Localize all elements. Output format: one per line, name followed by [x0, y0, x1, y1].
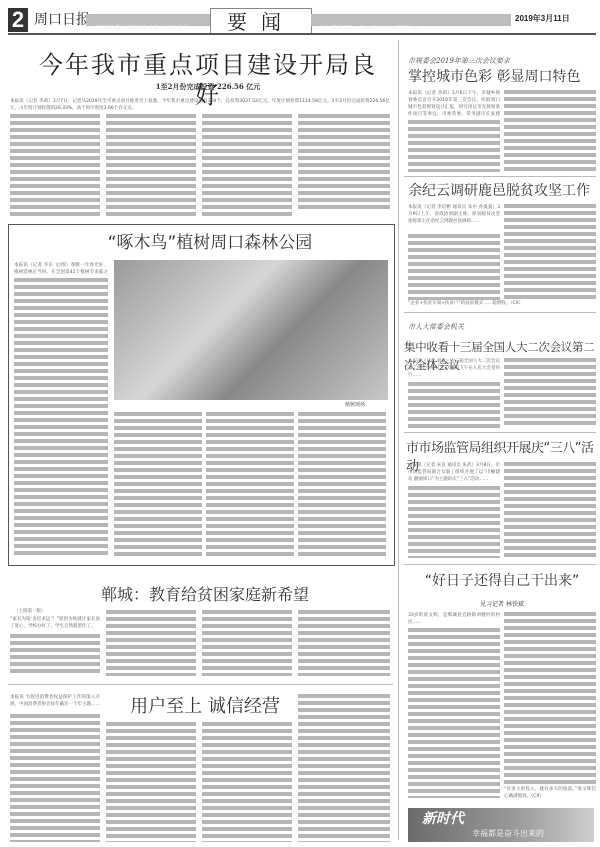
story5-tail: “有多大的投入，就有多大的收获。”庞文辉信心满满地说。（CX） [504, 786, 596, 800]
education-headline: 郸城：教育给贫困家庭新希望 [90, 584, 320, 606]
banner-slogan: 幸福都是奋斗出来的 [472, 828, 544, 840]
user-first-col-4 [298, 694, 390, 842]
divider [404, 176, 596, 177]
lead-col-4 [298, 114, 390, 212]
divider [404, 312, 596, 313]
user-first-intro: 本报讯 为促进消费者权益保护工作的深入开展，中国消费者协会每年确定一个年主题…… [10, 694, 100, 712]
lead-body-intro: 本报讯（记者 李莉）3月7日，记者从2019年全市重点项目推进会上获悉，今年我市… [10, 98, 390, 112]
photo-story-col-3 [206, 412, 294, 558]
banner-title: 新时代 [422, 810, 464, 828]
story1-kicker: 市规委会2019年第三次会议要求 [408, 56, 510, 66]
story1-intro: 本报讯（记者 李莉）3月6日下午，市城乡规划委员会召开2019年第三次会议，听取… [408, 90, 500, 118]
lead-col-1 [10, 114, 100, 218]
story1-headline: 掌控城市色彩 彰显周口特色 [408, 68, 598, 86]
lead-subhead: 1至2月份完成投资 226.56 亿元 [28, 82, 388, 92]
education-col-2 [106, 610, 196, 676]
editors-bar: 责任编辑 魏乐 组版编辑 李燕 见习校 发军 [86, 14, 210, 26]
header-rule [8, 33, 596, 35]
story5-col-1 [408, 628, 500, 798]
story3-col-1 [408, 382, 500, 428]
page-header: 2 周口日报 责任编辑 魏乐 组版编辑 李燕 见习校 发军 要闻 电话 8199… [0, 0, 600, 36]
story4-col-1 [408, 486, 500, 558]
photo-story-intro: 本报讯（记者 李东 文/图）春暖一年春光好，植树造林正当时。在全国第41个植树节… [14, 262, 108, 276]
lead-col-2 [106, 114, 196, 218]
photo-story-headline: “啄木鸟”植树周口森林公园 [60, 232, 360, 254]
phone: 电话 8199100 [311, 25, 353, 31]
photo-story-col-1 [14, 278, 108, 558]
divider [8, 684, 393, 685]
editors-line: 责任编辑 魏乐 组版编辑 李燕 见习校 发军 [86, 25, 187, 31]
story1-col-1 [408, 120, 500, 172]
user-first-headline: 用户至上 诚信经营 [110, 696, 300, 718]
photo-story-col-4 [298, 412, 386, 558]
story4-intro: 本报讯（记者 朱良 通讯员 朱武）3月8日，市市场监管局联合女职工组织开展了以“… [408, 462, 500, 484]
story3-intro: 本报讯（记者 刘勇）十三届全国人大二次会议第二次全体会议于3月8日下午在人民大会… [408, 358, 500, 380]
issue-date: 2019年3月11日 [515, 12, 570, 26]
email: E-mail:zkrbzg@126.com [353, 25, 422, 31]
photo-story-col-2 [114, 412, 202, 558]
contact-bar: 电话 8199100E-mail:zkrbzg@126.com [311, 14, 511, 26]
user-first-col-1 [10, 714, 100, 842]
divider [404, 432, 596, 433]
education-col-3 [202, 610, 292, 676]
user-first-col-2 [106, 722, 196, 842]
story5-col-2 [504, 612, 596, 784]
new-era-banner: 新时代 幸福都是奋斗出来的 [408, 808, 594, 842]
page-number: 2 [8, 8, 28, 32]
section-title: 要闻 [210, 8, 312, 35]
story2-col-1 [408, 234, 500, 300]
story4-col-2 [504, 462, 596, 558]
education-intro: “家长为啥‘舍近求远’？”原因为啥就让家长放了宽心，学校办好了，学生自然就留住了… [10, 616, 100, 632]
photo-caption: 植树现场 [345, 402, 365, 409]
story1-col-2 [504, 90, 596, 172]
story3-col-2 [504, 358, 596, 428]
story2-col-2 [504, 204, 596, 300]
education-col-1 [10, 634, 100, 676]
story5-byline: 见习记者 林铁斌 [408, 600, 596, 610]
story5-intro: 33岁的庞文辉，是郸城县宜路镇刘楼村的村民…… [408, 612, 500, 626]
story3-kicker: 市人大常委会机关 [408, 322, 464, 332]
education-col-4 [298, 610, 390, 676]
user-first-col-3 [202, 722, 292, 842]
story2-intro: 本报讯（记者 李培彬 通讯员 朱中 孙曼曼）3月9日上午，省政协原副主席、原省脱… [408, 204, 500, 232]
lead-col-3 [202, 114, 292, 218]
tree-planting-photo [114, 260, 388, 400]
divider [404, 564, 596, 565]
story2-headline: 余纪云调研鹿邑脱贫攻坚工作 [408, 182, 598, 200]
story2-tail: “企业+扶贫车间+扶贫户”的扶贫模式……稳增收。（CX） [408, 300, 596, 308]
story5-headline: “好日子还得自己干出来” [408, 572, 596, 590]
column-divider [398, 40, 399, 840]
paper-name: 周口日报 [34, 10, 90, 30]
continued-note: （上接第一版） [14, 608, 94, 616]
